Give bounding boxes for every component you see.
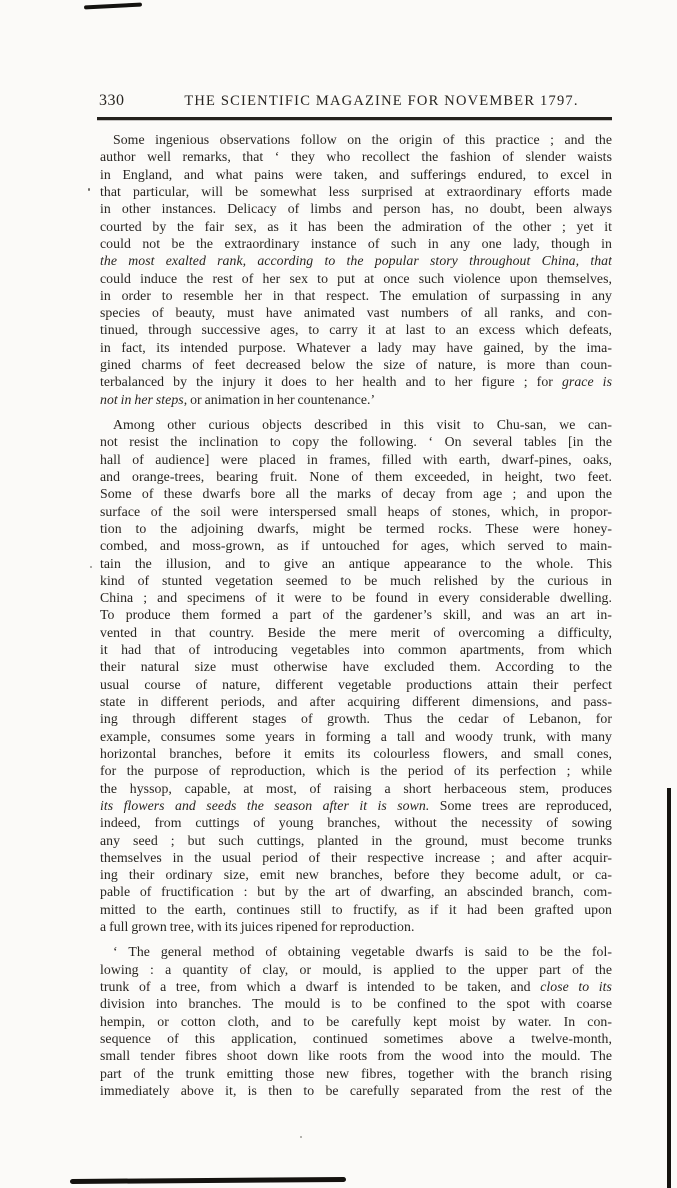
text-line: in other instances. Delicacy of limbs an… (100, 200, 612, 217)
scan-artifact-speck (90, 566, 92, 568)
text-run: terbalanced by the injury it does to her… (100, 374, 562, 389)
text-line: pable of fructification : but by the art… (100, 883, 612, 900)
text-line: ‘ The general method of obtaining vegeta… (100, 943, 612, 960)
text-run: a full grown tree, with its juices ripen… (100, 919, 414, 934)
header-title: THE SCIENTIFIC MAGAZINE FOR NOVEMBER 179… (151, 93, 612, 110)
text-run: , or animation in her countenance.’ (184, 392, 375, 407)
paragraph: ‘ The general method of obtaining vegeta… (100, 943, 612, 1099)
text-line: terbalanced by the injury it does to her… (100, 373, 612, 390)
text-line: mitted to the earth, continues still to … (100, 901, 612, 918)
text-run: trunk of a tree, from which a dwarf is i… (100, 979, 540, 994)
italic-text-run: the most exalted rank, according to the … (100, 253, 612, 268)
text-run: tain the illusion, and to give an antiqu… (100, 556, 612, 571)
text-line: gined charms of feet decreased below the… (100, 356, 612, 373)
text-line: horizontal branches, before it emits its… (100, 745, 612, 762)
text-run: surface of the soil were interspersed sm… (100, 504, 612, 519)
text-run: indeed, from cuttings of young branches,… (100, 815, 612, 830)
text-line: courted by the fair sex, as it has been … (100, 218, 612, 235)
text-line: Among other curious objects described in… (100, 416, 612, 433)
text-run: China ; and specimens of it were to be f… (100, 590, 612, 605)
text-run: tion to the adjoining dwarfs, might be t… (100, 521, 612, 536)
text-line: their natural size must otherwise have e… (100, 658, 612, 675)
text-line: trunk of a tree, from which a dwarf is i… (100, 978, 612, 995)
text-line: vented in that country. Beside the mere … (100, 624, 612, 641)
text-run: Some of these dwarfs bore all the marks … (100, 486, 612, 501)
text-line: state in different periods, and after ac… (100, 693, 612, 710)
text-run: ‘ The general method of obtaining vegeta… (113, 944, 612, 959)
text-line: could not be the extraordinary instance … (100, 235, 612, 252)
text-run: themselves in the usual period of their … (100, 850, 612, 865)
text-run: in order to resemble her in that respect… (100, 288, 612, 303)
paragraph: Among other curious objects described in… (100, 416, 612, 935)
text-line: division into branches. The mould is to … (100, 995, 612, 1012)
scan-artifact-top-streak (84, 2, 142, 9)
text-line: and orange-trees, bearing fruit. None of… (100, 468, 612, 485)
text-run: immediately above it, is then to be care… (100, 1083, 612, 1098)
text-run: in other instances. Delicacy of limbs an… (100, 201, 612, 216)
scan-artifact-speck (88, 188, 90, 191)
paragraph: Some ingenious observations follow on th… (100, 131, 612, 408)
text-line: tinued, through successive ages, to carr… (100, 321, 612, 338)
text-run: gined charms of feet decreased below the… (100, 357, 612, 372)
italic-text-run: its flowers and seeds the season after i… (100, 798, 429, 813)
text-line: could induce the rest of her sex to put … (100, 270, 612, 287)
text-run: Some ingenious observations follow on th… (113, 132, 612, 147)
text-line: in fact, its intended purpose. Whatever … (100, 339, 612, 356)
text-run: example, consumes some years in forming … (100, 729, 612, 744)
text-run: could induce the rest of her sex to put … (100, 271, 612, 286)
text-line: example, consumes some years in forming … (100, 728, 612, 745)
text-run: could not be the extraordinary instance … (100, 236, 612, 251)
text-line: in order to resemble her in that respect… (100, 287, 612, 304)
text-run: courted by the fair sex, as it has been … (100, 219, 612, 234)
text-line: usual course of nature, different vegeta… (100, 676, 612, 693)
text-line: sequence of this application, continued … (100, 1030, 612, 1047)
text-run: species of beauty, must have animated va… (100, 305, 612, 320)
text-run: pable of fructification : but by the art… (100, 884, 612, 899)
text-line: surface of the soil were interspersed sm… (100, 503, 612, 520)
text-line: the hyssop, capable, at most, of raising… (100, 780, 612, 797)
text-line: Some of these dwarfs bore all the marks … (100, 485, 612, 502)
text-run: sequence of this application, continued … (100, 1031, 612, 1046)
text-line: kind of stunted vegetation seemed to be … (100, 572, 612, 589)
text-line: China ; and specimens of it were to be f… (100, 589, 612, 606)
text-line: combed, and moss-grown, as if untouched … (100, 537, 612, 554)
italic-text-run: close to its (540, 979, 612, 994)
text-run: hempin, or cotton cloth, and to be caref… (100, 1014, 612, 1029)
text-line: in England, and what pains were taken, a… (100, 166, 612, 183)
text-run: and orange-trees, bearing fruit. None of… (100, 469, 612, 484)
text-run: state in different periods, and after ac… (100, 694, 612, 709)
text-run: their natural size must otherwise have e… (100, 659, 612, 674)
text-line: the most exalted rank, according to the … (100, 252, 612, 269)
text-run: vented in that country. Beside the mere … (100, 625, 612, 640)
text-run: in fact, its intended purpose. Whatever … (100, 340, 612, 355)
text-run: for the purpose of reproduction, which i… (100, 763, 612, 778)
text-line: lowing : a quantity of clay, or mould, i… (100, 961, 612, 978)
text-run: author well remarks, that ‘ they who rec… (100, 149, 612, 164)
text-line: hempin, or cotton cloth, and to be caref… (100, 1013, 612, 1030)
text-line: species of beauty, must have animated va… (100, 304, 612, 321)
text-line: a full grown tree, with its juices ripen… (100, 918, 612, 935)
text-line: tion to the adjoining dwarfs, might be t… (100, 520, 612, 537)
text-line: not in her steps, or animation in her co… (100, 391, 612, 408)
text-line: hall of audience] were placed in frames,… (100, 451, 612, 468)
page-header: 330 THE SCIENTIFIC MAGAZINE FOR NOVEMBER… (99, 92, 612, 110)
text-line: immediately above it, is then to be care… (100, 1082, 612, 1099)
text-run: part of the trunk emitting those new fib… (100, 1066, 612, 1081)
text-run: ing their ordinary size, emit new branch… (100, 867, 612, 882)
text-line: themselves in the usual period of their … (100, 849, 612, 866)
text-run: usual course of nature, different vegeta… (100, 677, 612, 692)
text-run: lowing : a quantity of clay, or mould, i… (100, 962, 612, 977)
page-body: Some ingenious observations follow on th… (100, 131, 612, 1107)
text-run: in England, and what pains were taken, a… (100, 167, 612, 182)
text-run: it had that of introducing vegetables in… (100, 642, 612, 657)
page: 330 THE SCIENTIFIC MAGAZINE FOR NOVEMBER… (0, 0, 677, 1188)
text-run: horizontal branches, before it emits its… (100, 746, 612, 761)
text-run: hall of audience] were placed in frames,… (100, 452, 612, 467)
text-run: the hyssop, capable, at most, of raising… (100, 781, 612, 796)
text-run: mitted to the earth, continues still to … (100, 902, 612, 917)
text-line: indeed, from cuttings of young branches,… (100, 814, 612, 831)
text-line: its flowers and seeds the season after i… (100, 797, 612, 814)
text-line: that particular, will be somewhat less s… (100, 183, 612, 200)
text-line: part of the trunk emitting those new fib… (100, 1065, 612, 1082)
text-run: To produce them formed a part of the gar… (100, 607, 612, 622)
text-line: not resist the inclination to copy the f… (100, 433, 612, 450)
text-run: that particular, will be somewhat less s… (100, 184, 612, 199)
scan-artifact-right-edge-line (667, 788, 671, 1188)
text-run: Some trees are reproduced, (429, 798, 612, 813)
text-line: tain the illusion, and to give an antiqu… (100, 555, 612, 572)
italic-text-run: grace is (562, 374, 612, 389)
text-run: combed, and moss-grown, as if untouched … (100, 538, 612, 553)
text-run: division into branches. The mould is to … (100, 996, 612, 1011)
text-line: any seed ; but such cuttings, planted in… (100, 832, 612, 849)
text-line: ing their ordinary size, emit new branch… (100, 866, 612, 883)
text-run: Among other curious objects described in… (113, 417, 612, 432)
text-run: tinued, through successive ages, to carr… (100, 322, 612, 337)
text-line: author well remarks, that ‘ they who rec… (100, 148, 612, 165)
text-line: Some ingenious observations follow on th… (100, 131, 612, 148)
text-line: To produce them formed a part of the gar… (100, 606, 612, 623)
text-run: any seed ; but such cuttings, planted in… (100, 833, 612, 848)
text-line: it had that of introducing vegetables in… (100, 641, 612, 658)
text-line: ing through different stages of growth. … (100, 710, 612, 727)
text-run: not resist the inclination to copy the f… (100, 434, 612, 449)
scan-artifact-speck (300, 1136, 302, 1138)
text-run: small tender fibres shoot down like root… (100, 1048, 612, 1063)
page-number: 330 (99, 92, 151, 110)
text-line: small tender fibres shoot down like root… (100, 1047, 612, 1064)
italic-text-run: not in her steps (100, 392, 184, 407)
header-rule (97, 117, 612, 120)
text-run: ing through different stages of growth. … (100, 711, 612, 726)
text-line: for the purpose of reproduction, which i… (100, 762, 612, 779)
scan-artifact-bottom-streak (70, 1177, 346, 1184)
text-run: kind of stunted vegetation seemed to be … (100, 573, 612, 588)
